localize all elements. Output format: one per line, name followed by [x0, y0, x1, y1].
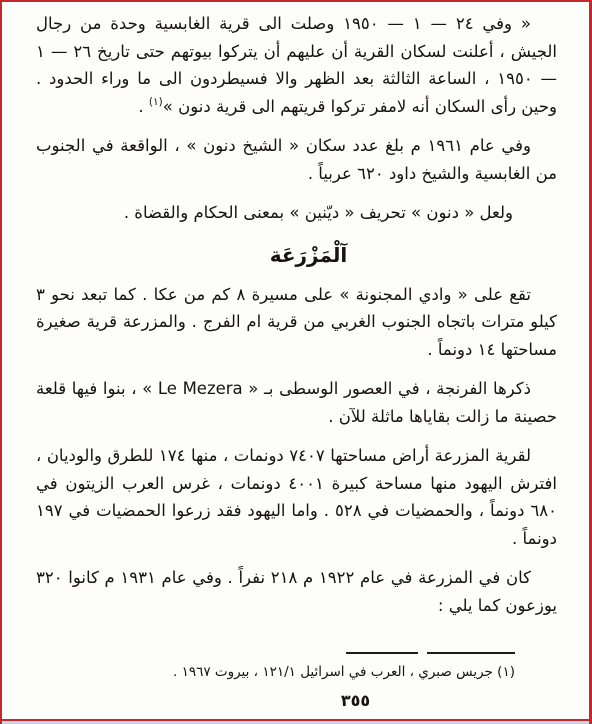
separator-segment: [427, 652, 515, 654]
paragraph-land-area: لقرية المزرعة أراض مساحتها ٧٤٠٧ دونمات ،…: [36, 442, 557, 552]
paragraph-ghabisiya-quote: « وفي ٢٤ — ١ — ١٩٥٠ وصلت الى قرية الغابس…: [36, 10, 557, 120]
footnote-ref-marker: (١): [149, 96, 163, 108]
paragraph-text: « وفي ٢٤ — ١ — ١٩٥٠ وصلت الى قرية الغابس…: [36, 14, 557, 116]
page-body: « وفي ٢٤ — ١ — ١٩٥٠ وصلت الى قرية الغابس…: [36, 10, 557, 631]
paragraph-tail: .: [138, 97, 149, 116]
paragraph-population-1922-1931: كان في المزرعة في عام ١٩٢٢ م ٢١٨ نفراً .…: [36, 564, 557, 619]
separator-segment: [346, 652, 418, 654]
book-page: « وفي ٢٤ — ١ — ١٩٥٠ وصلت الى قرية الغابس…: [0, 0, 592, 724]
paragraph-sheikh-danun-population: وفي عام ١٩٦١ م بلغ عدد سكان « الشيخ دنون…: [36, 132, 557, 187]
footnote-separator: [36, 652, 557, 654]
paragraph-location: تقع على « وادي المجنونة » على مسيرة ٨ كم…: [36, 281, 557, 364]
paragraph-crusader-name: ذكرها الفرنجة ، في العصور الوسطى بـ « Le…: [36, 375, 557, 430]
page-number: ٣٥٥: [95, 691, 592, 710]
paragraph-danun-etymology: ولعل « دنون » تحريف « ديّنين » بمعنى الح…: [36, 199, 557, 227]
page-footer: (١) جريس صبري ، العرب في اسرائيل ١٢١/١ ،…: [36, 652, 557, 710]
section-heading-al-mazraa: آلْمَزْرَعَة: [48, 243, 569, 267]
footnote-text: (١) جريس صبري ، العرب في اسرائيل ١٢١/١ ،…: [36, 662, 557, 682]
